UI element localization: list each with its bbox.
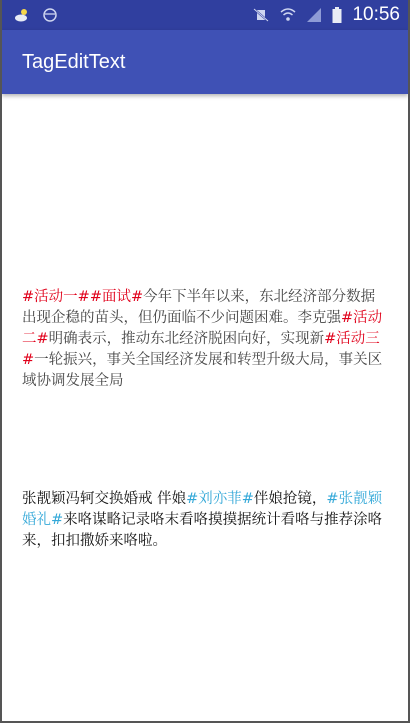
body-text: 明确表示，推动东北经济脱困向好，实现新 [49, 331, 325, 347]
screen: 10:56 TagEditText #活动一##面试#今年下半年以来，东北经济部… [0, 0, 410, 723]
tag-activity-1[interactable]: #活动一# [22, 289, 90, 305]
content: #活动一##面试#今年下半年以来，东北经济部分数据出现企稳的苗头，但仍面临不少问… [2, 287, 408, 552]
signal-icon [306, 7, 322, 23]
status-bar: 10:56 [2, 0, 408, 30]
notification-icon [42, 7, 58, 23]
vibrate-icon [252, 7, 270, 23]
weather-icon [14, 7, 30, 23]
tag-interview[interactable]: #面试# [90, 289, 143, 305]
tag-edit-text-2[interactable]: 张靓颖冯轲交换婚戒 伴娘#刘亦菲#伴娘抢镜，#张靓颖婚礼#来咯谋略记录咯末看咯摸… [22, 489, 388, 552]
body-text: 伴娘抢镜， [254, 491, 327, 507]
tag-liu-yifei[interactable]: #刘亦菲# [186, 491, 254, 507]
battery-icon [332, 7, 342, 23]
body-text: 一轮振兴，事关全国经济发展和转型升级大局，事关区域协调发展全局 [22, 352, 382, 389]
app-title: TagEditText [22, 51, 125, 74]
app-bar: TagEditText [2, 30, 408, 94]
status-time: 10:56 [352, 4, 400, 26]
body-text: 来咯谋略记录咯末看咯摸摸据统计看咯与推荐涂咯来，扣扣撒娇来咯啦。 [22, 512, 382, 549]
tag-edit-text-1[interactable]: #活动一##面试#今年下半年以来，东北经济部分数据出现企稳的苗头，但仍面临不少问… [22, 287, 388, 392]
wifi-icon [280, 7, 296, 23]
body-text: 张靓颖冯轲交换婚戒 伴娘 [22, 491, 186, 507]
